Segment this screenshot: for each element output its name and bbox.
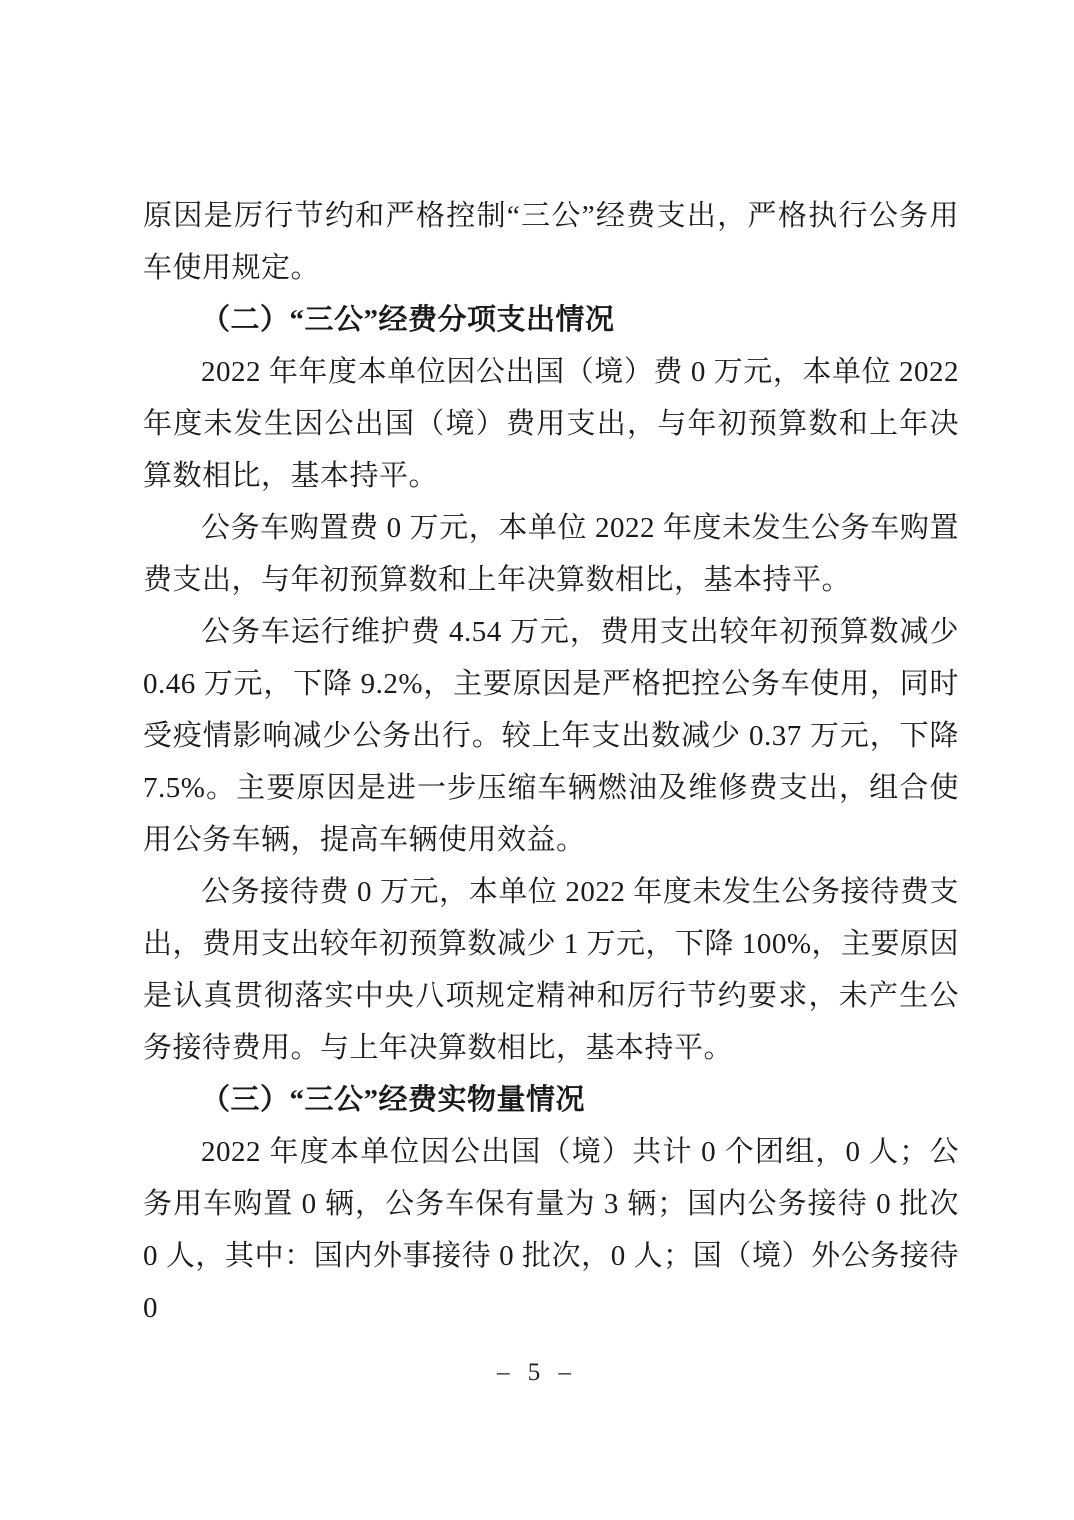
- page-number: – 5 –: [0, 1356, 1074, 1390]
- paragraph-abroad-expense: 2022 年年度本单位因公出国（境）费 0 万元，本单位 2022 年度未发生因…: [143, 346, 959, 502]
- document-page: 原因是厉行节约和严格控制“三公”经费支出，严格执行公务用车使用规定。 （二）“三…: [0, 0, 1074, 1520]
- section-heading-3: （三）“三公”经费实物量情况: [143, 1074, 959, 1126]
- paragraph-continued-from-previous-page: 原因是厉行节约和严格控制“三公”经费支出，严格执行公务用车使用规定。: [143, 190, 959, 294]
- paragraph-vehicle-maintenance-expense: 公务车运行维护费 4.54 万元，费用支出较年初预算数减少 0.46 万元，下降…: [143, 606, 959, 866]
- paragraph-reception-expense: 公务接待费 0 万元，本单位 2022 年度未发生公务接待费支出，费用支出较年初…: [143, 866, 959, 1074]
- section-heading-2: （二）“三公”经费分项支出情况: [143, 294, 959, 346]
- paragraph-vehicle-purchase-expense: 公务车购置费 0 万元，本单位 2022 年度未发生公务车购置费支出，与年初预算…: [143, 502, 959, 606]
- paragraph-physical-quantity: 2022 年度本单位因公出国（境）共计 0 个团组，0 人；公务用车购置 0 辆…: [143, 1126, 959, 1334]
- document-body: 原因是厉行节约和严格控制“三公”经费支出，严格执行公务用车使用规定。 （二）“三…: [143, 190, 959, 1334]
